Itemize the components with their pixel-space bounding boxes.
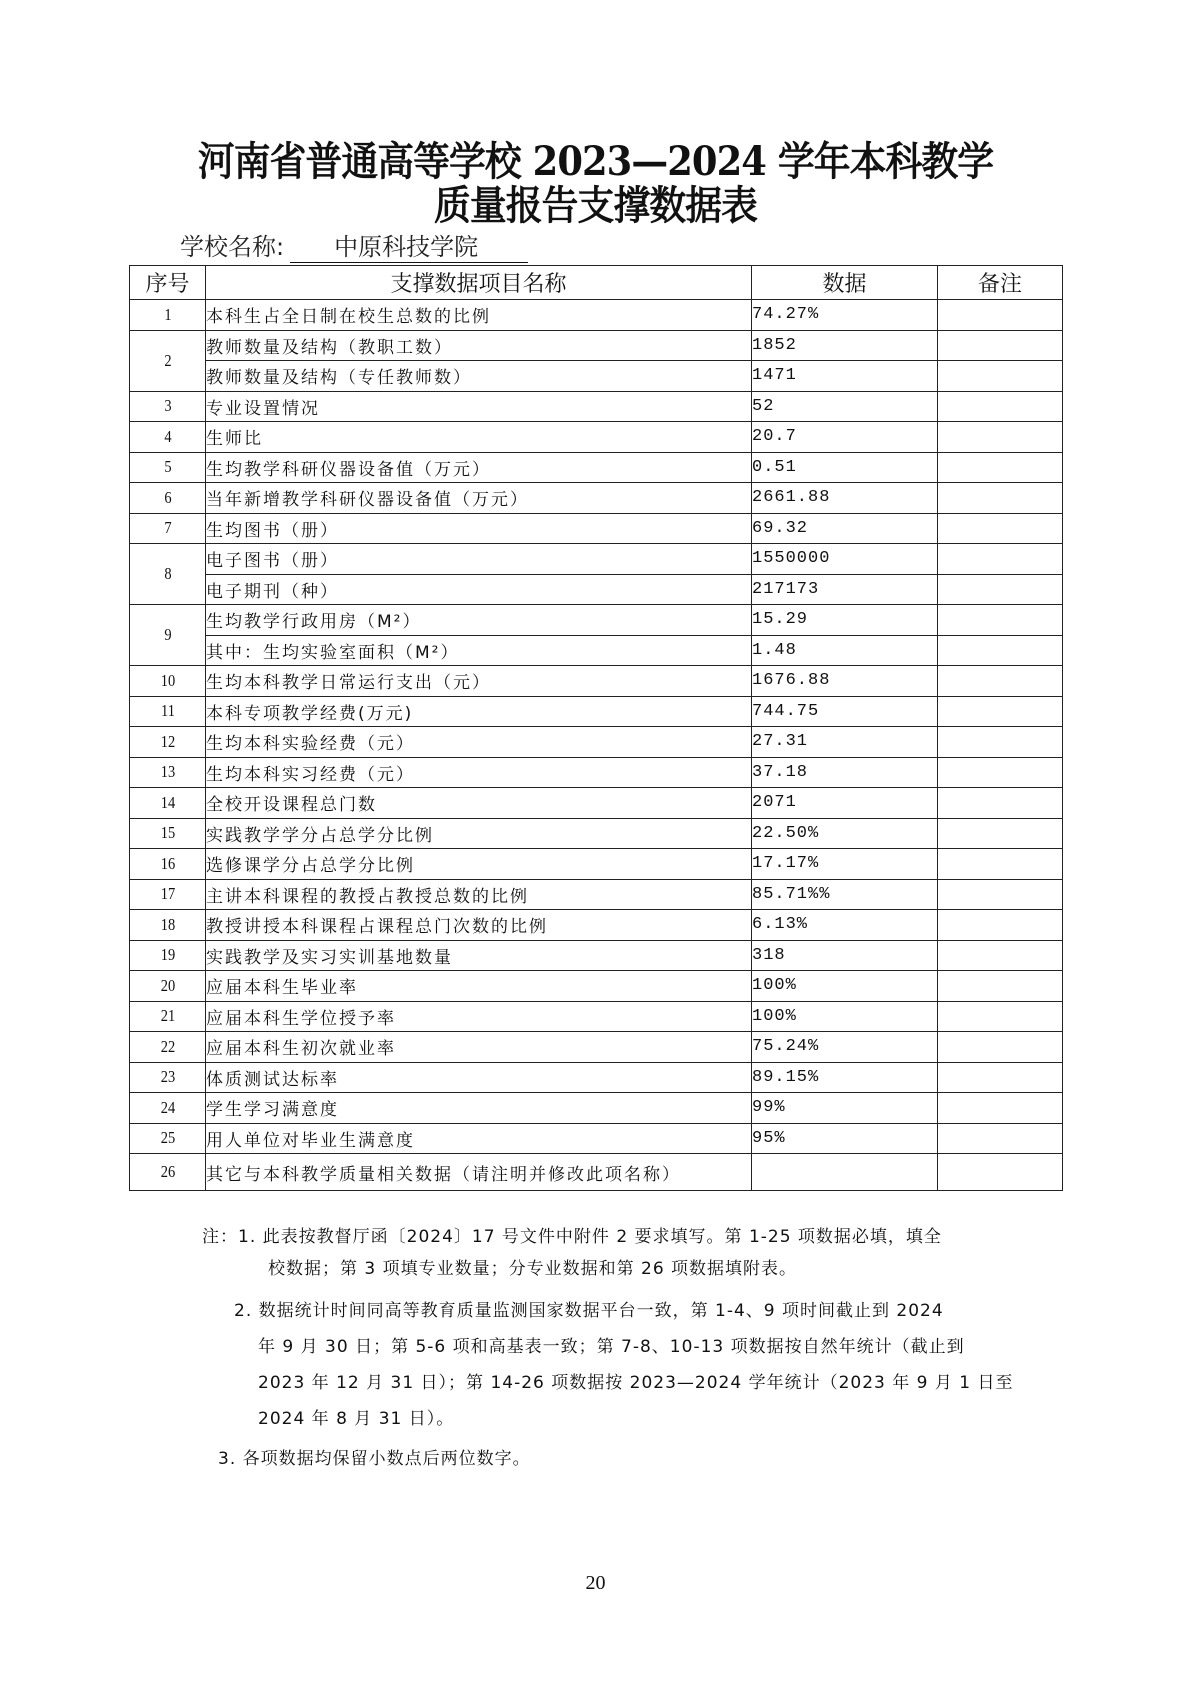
row-item-name: 生均图书（册） [206,513,752,544]
table-row: 17主讲本科课程的教授占教授总数的比例85.71%% [130,879,1063,910]
row-seq: 6 [135,483,200,514]
note-2-line-3: 2023 年 12 月 31 日）；第 14-26 项数据按 2023—2024… [258,1368,1014,1393]
row-data-value: 217173 [752,574,938,605]
note-2-line-4: 2024 年 8 月 31 日）。 [258,1404,454,1429]
table-row: 其中：生均实验室面积（M²）1.48 [130,635,1063,666]
row-item-name: 主讲本科课程的教授占教授总数的比例 [206,879,752,910]
row-seq: 22 [135,1032,200,1063]
row-data-value: 1852 [752,330,938,361]
row-data-value: 69.32 [752,513,938,544]
row-data-value: 95% [752,1123,938,1154]
row-item-name: 应届本科生毕业率 [206,971,752,1002]
row-seq: 10 [135,666,200,697]
row-data-value: 100% [752,1001,938,1032]
row-item-name: 选修课学分占总学分比例 [206,849,752,880]
row-data-value: 99% [752,1093,938,1124]
row-data-value: 0.51 [752,452,938,483]
row-data-value: 1676.88 [752,666,938,697]
row-seq: 2 [135,330,200,391]
header-seq: 序号 [130,266,206,300]
row-item-name: 应届本科生初次就业率 [206,1032,752,1063]
row-note [938,849,1063,880]
table-row: 电子期刊（种）217173 [130,574,1063,605]
row-seq: 14 [135,788,200,819]
row-data-value: 100% [752,971,938,1002]
row-seq: 7 [135,513,200,544]
table-row: 13生均本科实习经费（元）37.18 [130,757,1063,788]
row-seq: 3 [135,391,200,422]
table-row: 16选修课学分占总学分比例17.17% [130,849,1063,880]
row-seq: 25 [135,1123,200,1154]
row-item-name: 当年新增教学科研仪器设备值（万元） [206,483,752,514]
row-seq: 15 [135,818,200,849]
row-data-value: 85.71%% [752,879,938,910]
row-seq: 16 [135,849,200,880]
row-data-value: 1471 [752,361,938,392]
row-note [938,422,1063,453]
row-seq: 9 [135,605,200,666]
row-seq: 4 [135,422,200,453]
school-name-label: 学校名称: [180,233,284,261]
row-item-name: 用人单位对毕业生满意度 [206,1123,752,1154]
table-row: 12生均本科实验经费（元）27.31 [130,727,1063,758]
row-note [938,971,1063,1002]
table-row: 20应届本科生毕业率100% [130,971,1063,1002]
row-item-name: 生均本科实验经费（元） [206,727,752,758]
table-row: 教师数量及结构（专任教师数）1471 [130,361,1063,392]
row-note [938,666,1063,697]
page-number: 20 [0,1572,1191,1595]
table-row: 1本科生占全日制在校生总数的比例74.27% [130,300,1063,331]
table-row: 8电子图书（册）1550000 [130,544,1063,575]
row-note [938,940,1063,971]
row-note [938,635,1063,666]
table-row: 10生均本科教学日常运行支出（元）1676.88 [130,666,1063,697]
row-data-value [752,1154,938,1191]
row-note [938,727,1063,758]
row-data-value: 15.29 [752,605,938,636]
table-row: 15实践教学学分占总学分比例22.50% [130,818,1063,849]
row-item-name: 全校开设课程总门数 [206,788,752,819]
row-item-name: 生师比 [206,422,752,453]
row-item-name: 实践教学学分占总学分比例 [206,818,752,849]
row-data-value: 1550000 [752,544,938,575]
row-data-value: 1.48 [752,635,938,666]
row-item-name: 体质测试达标率 [206,1062,752,1093]
row-seq: 20 [135,971,200,1002]
row-note [938,1123,1063,1154]
row-seq: 21 [135,1001,200,1032]
table-row: 9生均教学行政用房（M²）15.29 [130,605,1063,636]
row-note [938,910,1063,941]
row-note [938,1154,1063,1191]
row-data-value: 744.75 [752,696,938,727]
note-2-line-1: 2. 数据统计时间同高等教育质量监测国家数据平台一致，第 1-4、9 项时间截止… [234,1296,944,1321]
row-item-name: 教师数量及结构（专任教师数） [206,361,752,392]
header-note: 备注 [938,266,1063,300]
row-seq: 5 [135,452,200,483]
note-3: 3. 各项数据均保留小数点后两位数字。 [218,1444,531,1469]
row-item-name: 学生学习满意度 [206,1093,752,1124]
row-data-value: 27.31 [752,727,938,758]
row-note [938,605,1063,636]
row-item-name: 生均本科教学日常运行支出（元） [206,666,752,697]
table-row: 14全校开设课程总门数2071 [130,788,1063,819]
row-seq: 19 [135,940,200,971]
table-row: 11本科专项教学经费(万元)744.75 [130,696,1063,727]
row-data-value: 89.15% [752,1062,938,1093]
document-title-line-2: 质量报告支撑数据表 [48,184,1144,228]
row-seq: 1 [135,300,200,331]
row-note [938,818,1063,849]
row-item-name: 电子期刊（种） [206,574,752,605]
table-row: 19实践教学及实习实训基地数量318 [130,940,1063,971]
row-seq: 26 [135,1154,200,1191]
note-1-line-2: 校数据；第 3 项填专业数量；分专业数据和第 26 项数据填附表。 [268,1254,797,1279]
row-data-value: 2661.88 [752,483,938,514]
row-data-value: 20.7 [752,422,938,453]
row-note [938,330,1063,361]
row-item-name: 其它与本科教学质量相关数据（请注明并修改此项名称） [206,1154,752,1191]
row-item-name: 其中：生均实验室面积（M²） [206,635,752,666]
row-note [938,513,1063,544]
table-row: 5生均教学科研仪器设备值（万元）0.51 [130,452,1063,483]
row-note [938,574,1063,605]
table-row: 4生师比20.7 [130,422,1063,453]
row-note [938,1001,1063,1032]
row-note [938,391,1063,422]
row-data-value: 37.18 [752,757,938,788]
row-seq: 17 [135,879,200,910]
school-name-field: 学校名称:中原科技学院 [180,232,528,263]
row-note [938,483,1063,514]
table-row: 24学生学习满意度99% [130,1093,1063,1124]
row-item-name: 电子图书（册） [206,544,752,575]
row-note [938,696,1063,727]
table-row: 6当年新增教学科研仪器设备值（万元）2661.88 [130,483,1063,514]
row-note [938,361,1063,392]
row-note [938,1093,1063,1124]
table-row: 18教授讲授本科课程占课程总门次数的比例6.13% [130,910,1063,941]
note-2-line-2: 年 9 月 30 日；第 5-6 项和高基表一致；第 7-8、10-13 项数据… [258,1332,965,1357]
row-item-name: 本科生占全日制在校生总数的比例 [206,300,752,331]
row-note [938,788,1063,819]
row-seq: 23 [135,1062,200,1093]
row-note [938,300,1063,331]
row-seq: 8 [135,544,200,605]
table-row: 23体质测试达标率89.15% [130,1062,1063,1093]
row-item-name: 专业设置情况 [206,391,752,422]
row-item-name: 实践教学及实习实训基地数量 [206,940,752,971]
row-data-value: 318 [752,940,938,971]
table-row: 26其它与本科教学质量相关数据（请注明并修改此项名称） [130,1154,1063,1191]
row-item-name: 教师数量及结构（教职工数） [206,330,752,361]
row-note [938,757,1063,788]
table-row: 3专业设置情况52 [130,391,1063,422]
table-row: 22应届本科生初次就业率75.24% [130,1032,1063,1063]
document-title-line-1: 河南省普通高等学校 2023—2024 学年本科教学 [48,140,1144,184]
row-note [938,1032,1063,1063]
row-data-value: 22.50% [752,818,938,849]
school-name-value: 中原科技学院 [290,232,528,263]
row-data-value: 6.13% [752,910,938,941]
row-seq: 12 [135,727,200,758]
note-1-line-1: 注：1. 此表按教督厅函〔2024〕17 号文件中附件 2 要求填写。第 1-2… [202,1222,942,1247]
row-seq: 18 [135,910,200,941]
row-data-value: 74.27% [752,300,938,331]
row-note [938,879,1063,910]
table-row: 21应届本科生学位授予率100% [130,1001,1063,1032]
header-item-name: 支撑数据项目名称 [206,266,752,300]
table-row: 25用人单位对毕业生满意度95% [130,1123,1063,1154]
row-item-name: 本科专项教学经费(万元) [206,696,752,727]
row-note [938,452,1063,483]
row-note [938,1062,1063,1093]
table-row: 2教师数量及结构（教职工数）1852 [130,330,1063,361]
row-item-name: 应届本科生学位授予率 [206,1001,752,1032]
row-item-name: 生均本科实习经费（元） [206,757,752,788]
row-item-name: 教授讲授本科课程占课程总门次数的比例 [206,910,752,941]
row-seq: 11 [135,696,200,727]
row-seq: 13 [135,757,200,788]
table-row: 7生均图书（册）69.32 [130,513,1063,544]
header-data: 数据 [752,266,938,300]
table-header-row: 序号 支撑数据项目名称 数据 备注 [130,266,1063,300]
row-data-value: 52 [752,391,938,422]
row-item-name: 生均教学行政用房（M²） [206,605,752,636]
row-seq: 24 [135,1093,200,1124]
row-note [938,544,1063,575]
row-data-value: 17.17% [752,849,938,880]
support-data-table: 序号 支撑数据项目名称 数据 备注 1本科生占全日制在校生总数的比例74.27%… [129,265,1063,1191]
row-item-name: 生均教学科研仪器设备值（万元） [206,452,752,483]
row-data-value: 75.24% [752,1032,938,1063]
row-data-value: 2071 [752,788,938,819]
